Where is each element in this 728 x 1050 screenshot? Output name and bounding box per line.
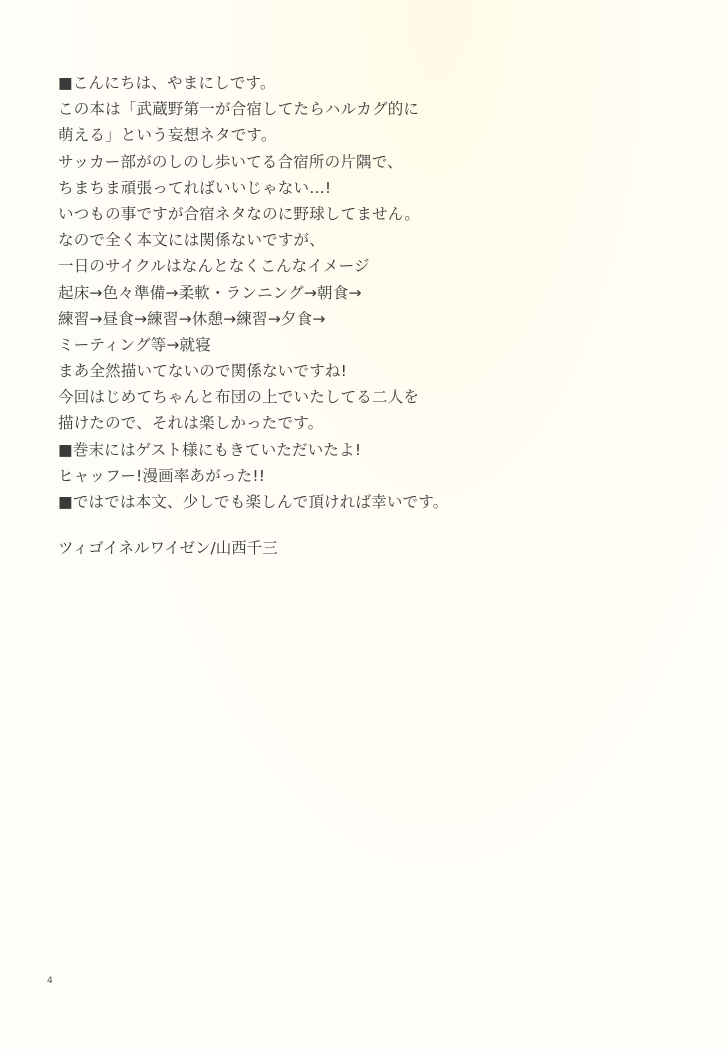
afterword-text: ■こんにちは、やまにしです。 この本は「武蔵野第一が合宿してたらハルカグ的に 萌… — [58, 70, 448, 515]
text-line: この本は「武蔵野第一が合宿してたらハルカグ的に — [58, 96, 448, 122]
text-line: ■ではでは本文、少しでも楽しんで頂ければ幸いです。 — [58, 489, 448, 515]
text-line: ヒャッフー!漫画率あがった!! — [58, 463, 448, 489]
text-line: 練習→昼食→練習→休憩→練習→夕食→ — [58, 306, 448, 332]
text-line: 萌える」という妄想ネタです。 — [58, 122, 448, 148]
text-line: 起床→色々準備→柔軟・ランニング→朝食→ — [58, 280, 448, 306]
author-signature: ツィゴイネルワイゼン/山西千三 — [58, 535, 278, 561]
text-line: ■こんにちは、やまにしです。 — [58, 70, 448, 96]
text-line: 描けたので、それは楽しかったです。 — [58, 410, 448, 436]
text-line: ちまちま頑張ってればいいじゃない…! — [58, 175, 448, 201]
text-line: ■巻末にはゲスト様にもきていただいたよ! — [58, 437, 448, 463]
text-line: まあ全然描いてないので関係ないですね! — [58, 358, 448, 384]
page-number: 4 — [47, 976, 53, 986]
text-line: いつもの事ですが合宿ネタなのに野球してません。 — [58, 201, 448, 227]
text-line: 今回はじめてちゃんと布団の上でいたしてる二人を — [58, 384, 448, 410]
text-line: 一日のサイクルはなんとなくこんなイメージ — [58, 253, 448, 279]
text-line: ミーティング等→就寝 — [58, 332, 448, 358]
text-line: なので全く本文には関係ないですが、 — [58, 227, 448, 253]
text-line: サッカー部がのしのし歩いてる合宿所の片隅で、 — [58, 149, 448, 175]
document-page: ■こんにちは、やまにしです。 この本は「武蔵野第一が合宿してたらハルカグ的に 萌… — [0, 0, 728, 1050]
